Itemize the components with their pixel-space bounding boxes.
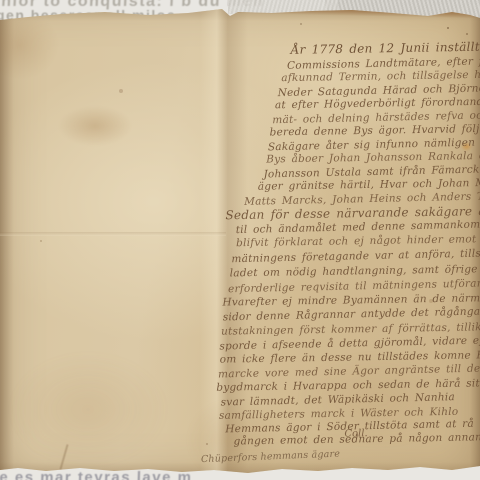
manuscript-line: mätningens företagande var at anföra, ti… — [231, 247, 480, 265]
closing-mark: Coll. — [344, 428, 367, 440]
handwritten-text-block: År 1778 den 12 Junii inställte sig under… — [0, 0, 480, 480]
bottom-annotation: Chüperfors hemmans ägare — [201, 449, 341, 466]
manuscript-line: År 1778 den 12 Junii inställte sig under… — [291, 37, 480, 56]
backdrop-print-text-bottom: re es mar teyras lave m — [0, 469, 193, 480]
manuscript-photo: unior to conquista: l b du men gen beser… — [0, 0, 480, 480]
manuscript-line: ladet om nödig handtlangning, samt öfrig… — [230, 263, 480, 280]
aged-paper-sheet: År 1778 den 12 Junii inställte sig under… — [0, 0, 480, 480]
